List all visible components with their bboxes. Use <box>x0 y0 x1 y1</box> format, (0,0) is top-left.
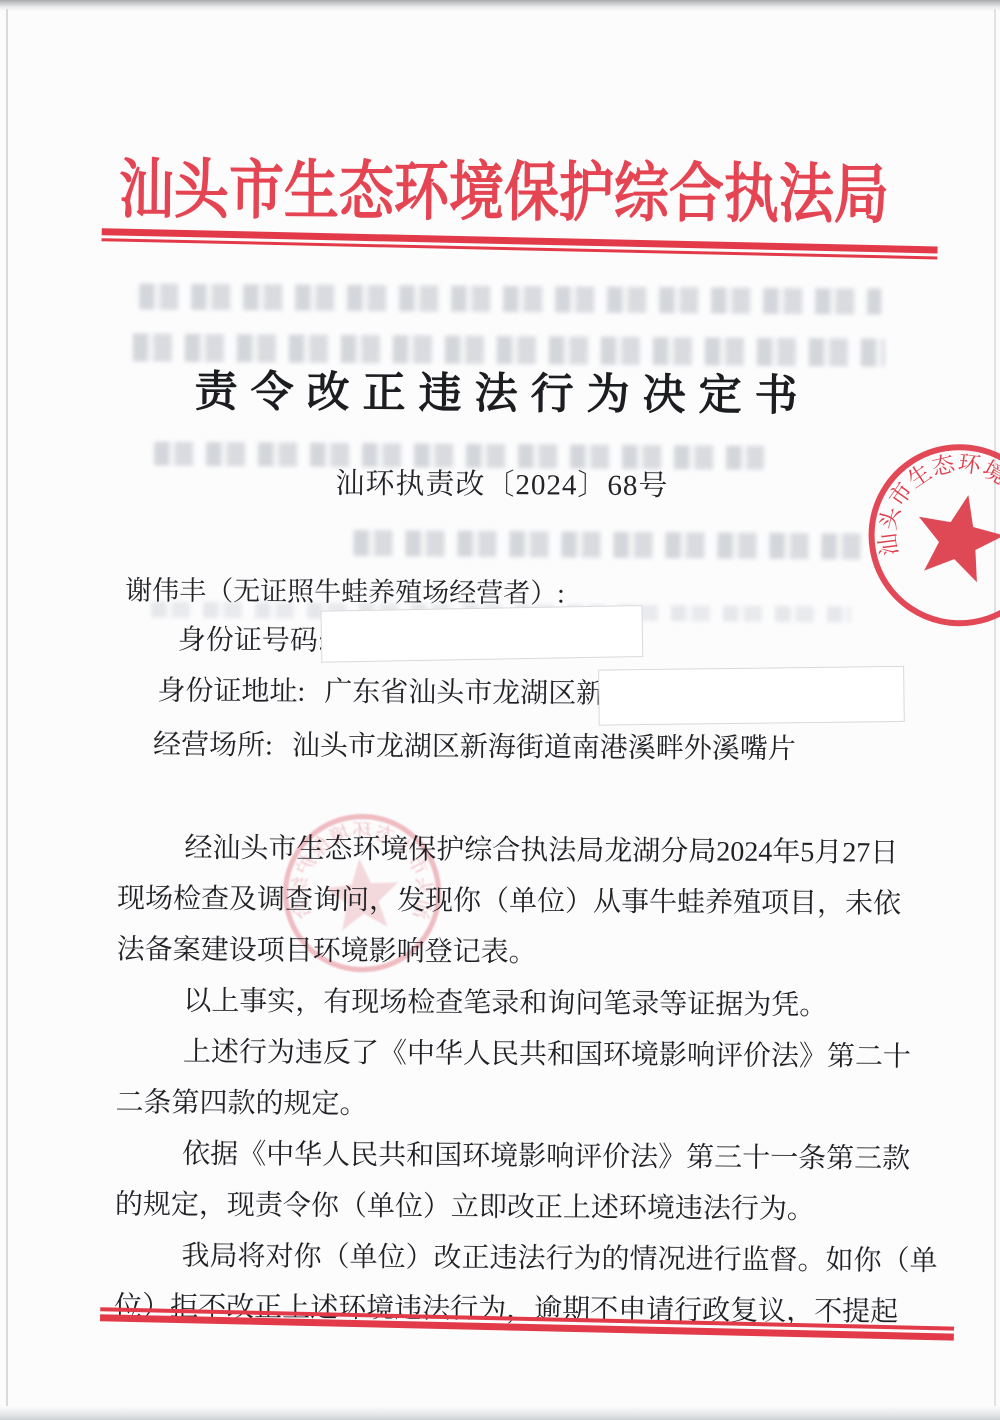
redaction-box-id-number <box>320 605 643 663</box>
body-line: 的规定，现责令你（单位）立即改正上述环境违法行为。 <box>115 1182 815 1227</box>
field-venue-label: 经营场所: <box>153 730 273 762</box>
agency-header-title: 汕头市生态环境保护综合执法局 <box>4 137 1000 237</box>
body-line: 上述行为违反了《中华人民共和国环境影响评价法》第二十 <box>183 1030 911 1075</box>
field-venue: 经营场所: 汕头市龙湖区新海街道南港溪畔外溪嘴片 <box>153 723 796 767</box>
field-id-address-label: 身份证地址: <box>157 676 305 708</box>
field-id-number-label: 身份证号码: <box>178 625 326 657</box>
body-line: 法备案建设项目环境影响登记表。 <box>117 927 537 970</box>
field-id-address-value: 广东省汕头市龙湖区新 <box>324 677 604 710</box>
body-line: 以上事实，有现场检查笔录和询问笔录等证据为凭。 <box>183 979 827 1023</box>
field-id-number: 身份证号码: <box>178 618 338 659</box>
bleedthrough-band <box>353 530 868 560</box>
body-line: 我局将对你（单位）改正违法行为的情况进行监督。如你（单 <box>181 1234 937 1279</box>
recipient-line: 谢伟丰（无证照牛蛙养殖场经营者）: <box>125 568 565 610</box>
field-id-address: 身份证地址: 广东省汕头市龙湖区新 <box>157 669 604 712</box>
scanned-document-page: 汕头市生态环境保护综合执法局 责令改正违法行为决定书 汕环执责改〔2024〕68… <box>0 0 1000 1420</box>
field-venue-value: 汕头市龙湖区新海街道南港溪畔外溪嘴片 <box>292 731 796 766</box>
body-line: 经汕头市生态环境保护综合执法局龙湖分局2024年5月27日 <box>184 826 898 871</box>
document-title: 责令改正违法行为决定书 <box>2 357 1000 425</box>
bleedthrough-band <box>139 283 881 314</box>
seal-star-icon <box>908 486 1000 586</box>
body-line: 二条第四款的规定。 <box>115 1080 367 1122</box>
body-line: 现场检查及调查询问，发现你（单位）从事牛蛙养殖项目，未依 <box>117 876 901 921</box>
official-seal: 汕头市生态环境保护综合执法局 <box>823 398 1000 672</box>
document-content: 汕头市生态环境保护综合执法局 责令改正违法行为决定书 汕环执责改〔2024〕68… <box>0 0 1000 1420</box>
body-line: 依据《中华人民共和国环境影响评价法》第三十一条第三款 <box>182 1132 910 1177</box>
redaction-box-id-address <box>598 666 905 726</box>
